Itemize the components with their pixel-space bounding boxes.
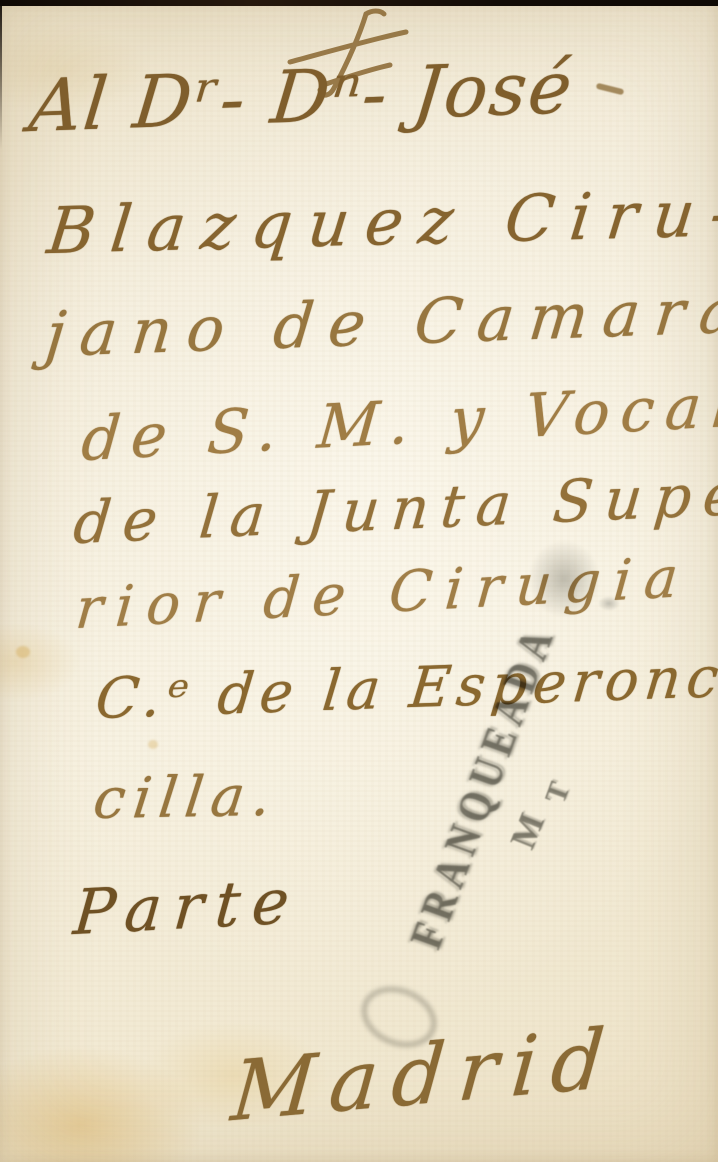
address-line-street-2: cilla.	[91, 769, 282, 828]
stamp-fragment-mark: M	[501, 807, 553, 854]
stamp-ink-smudge	[528, 540, 600, 618]
address-line-title-1: jano de Camara	[43, 279, 718, 366]
paper-stain	[148, 740, 158, 749]
address-line-surname: Blazquez Ciru-	[44, 182, 718, 265]
delivery-note: Parte	[71, 870, 303, 944]
scan-edge-left	[0, 0, 2, 150]
stamp-fragment-mark: T	[539, 778, 578, 808]
ink-speck	[598, 596, 620, 611]
letter-cover: Al Dʳ- Dⁿ- José Blazquez Ciru- jano de C…	[0, 0, 718, 1162]
address-line-title-2: de S. M. y Vocal	[79, 375, 718, 470]
address-line-recipient: Al Dʳ- Dⁿ- José	[26, 51, 577, 142]
address-line-title-4: rior de Cirugia	[74, 550, 694, 639]
scan-edge-top	[0, 0, 718, 6]
address-line-street-1: C.ᵉ de la Esperonci-	[93, 648, 718, 728]
paper-speck	[596, 83, 625, 96]
paper-stain	[16, 646, 30, 658]
address-line-title-3: de la Junta Supe-	[71, 463, 718, 552]
